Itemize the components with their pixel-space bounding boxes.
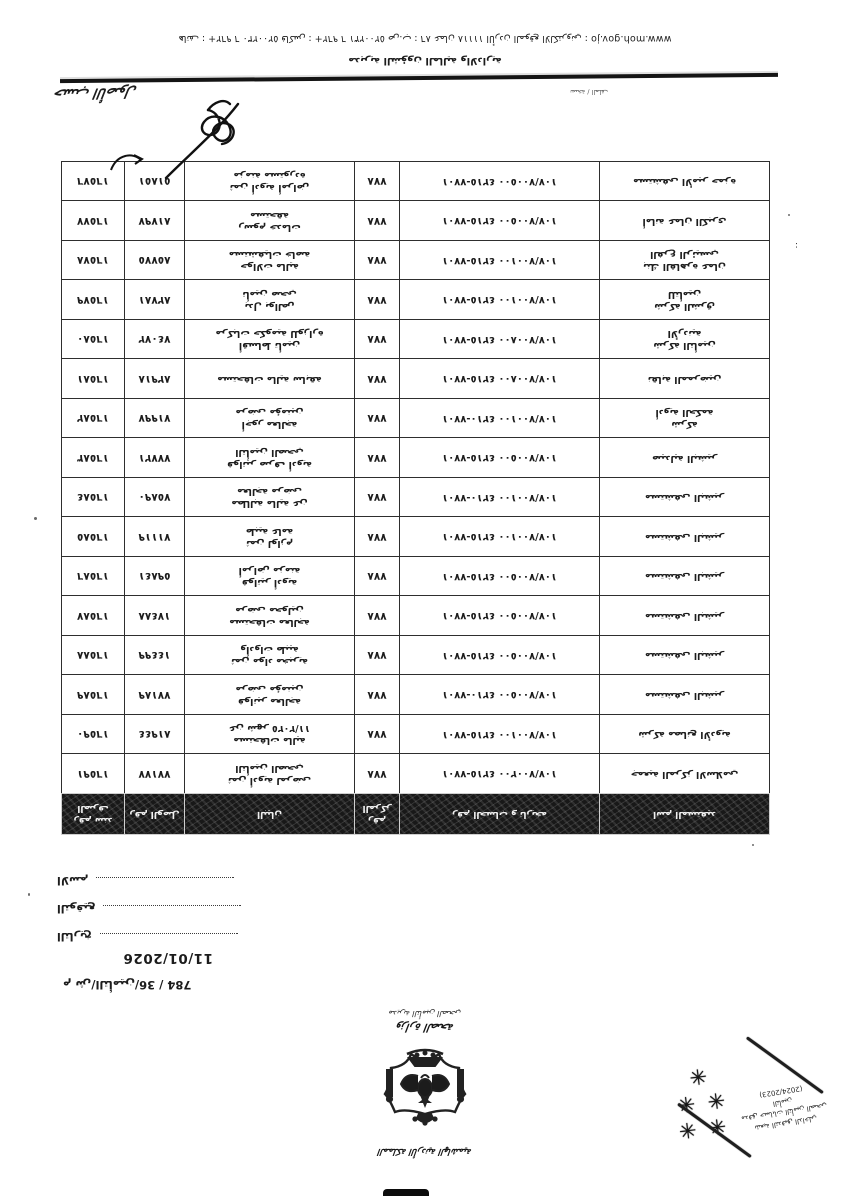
account-cell: ١٠٧/٧٠٠٥٠٠ ٤٢١٥-٧٧٠١ [400,596,600,636]
table-row: ١٦٥٨٣٧٧٧٢١فواتير صرف أدوية التأمين الصحي… [62,438,770,478]
reference-number: م ش/التأمين/36 / 784 [63,978,191,992]
table-row: ١٦٥٨٦٥٩٨٤١فواتير أدوية أمراض مزمنة٧٧٨١٠٧… [62,557,770,597]
column-header: رقم سند الصرف [62,794,125,835]
account-cell: ١٠٧/٧٠٠٥٠٠ ٤٢١٥-٧٧٠١ [400,162,600,202]
table-row: ١٦٥٩١٧٧١٧٧ثمن أدوية لمرضى التأمين الصحي٧… [62,754,770,794]
payee-cell: مستشفى البشير [600,517,770,557]
payee-cell: بنك القاهرة عمان الفرع الرئيسي [600,241,770,281]
receipt-cell: ٧٤٠٧٢ [125,320,185,360]
description-cell: حوالات مالية مستشفيات خاصة [185,241,355,281]
payee-cell: نقابة الممرضين [600,359,770,399]
receipt-cell: ٧٥٨٩٠ [125,478,185,518]
table-header-row: رقم سند الصرفرقم الوصلالبيانرقم المركزرق… [62,794,770,835]
arrow-mark [107,148,147,178]
serial-cell: ١٦٥٨٧ [62,596,125,636]
account-cell: ١٠٧/٧٠٠٥٠٠ ٤٢١٥-٧٧٠١ [400,557,600,597]
receipt-cell: ٨١٧٩٧ [125,201,185,241]
serial-cell: ١٦٥٧٧ [62,201,125,241]
account-cell: ١٠٧/٧٠٠١٠٠ ٤٢١٥-٧٧٠١ [400,517,600,557]
date-value: 11/01/2026 [123,950,213,966]
payee-cell: مستشفى البشير [600,478,770,518]
column-header: رقم الحساب و تاريخه [400,794,600,835]
center-cell: ٧٧٨ [355,201,400,241]
account-cell: ١٠٧/٧٠٠٨٠٠ ٤٢١٥-٧٧٠١ [400,359,600,399]
signature-field: التوقيع [57,902,241,916]
receipt-cell: ٨٢٧٨١ [125,280,185,320]
account-cell: ١٠٧/٧٠٠١٠٠ ٤٢١٥-٧٧٠١ [400,280,600,320]
account-cell: ١٠٧/٧٠٠٢٠٠ ٤٢١٥-٧٧٠١ [400,754,600,794]
table-row: ١٦٥٨١٨٢٩١٨مستحقات مالية سابقة٧٧٨١٠٧/٧٠٠٨… [62,359,770,399]
center-cell: ٧٧٨ [355,241,400,281]
payee-cell: صيدلية البشير [600,438,770,478]
payee-cell: أمانة عمان الكبرى [600,201,770,241]
serial-cell: ١٦٥٨٠ [62,320,125,360]
serial-cell: ١٦٥٨٤ [62,478,125,518]
receipt-cell: ٧٧١٧٧ [125,754,185,794]
description-cell: مستحقات معالجة مرضى محولين [185,596,355,636]
description-cell: مستحقات مالية سابقة [185,359,355,399]
serial-cell: ١٦٥٩١ [62,754,125,794]
description-cell: بدل بوالص تأمين صحي [185,280,355,320]
stamp-star-icon: ✳ [706,1087,726,1113]
serial-cell: ١٦٥٧٨ [62,241,125,281]
account-cell: ١٠٧/٧٠٠٨٠٠ ٤٢١٥-٧٧٠١ [400,320,600,360]
center-cell: ٧٧٨ [355,359,400,399]
table-row: ١٦٥٨٠٧٤٠٧٢أقساط تأمين مركبات حكومية للوز… [62,320,770,360]
receipt-cell: ٨٥٧٧٥ [125,241,185,281]
payee-cell: مستشفى البشير [600,557,770,597]
name-label: الاسم [57,874,88,887]
description-cell: رسوم خدمات مستحقة [185,201,355,241]
serial-cell: ١٦٥٨٩ [62,675,125,715]
footer-contact: هاتف : +٩٦٢ ٦ ٥٢٠٠٢٣٠ فاكس : +٩٦٢ ٦ ٥٢٠٠… [0,33,850,44]
description-cell: ثمن مواد مخبرية وأدوات طبية [185,636,355,676]
copy-distribution-note: نسخة / الملف [570,88,730,96]
account-cell: ١٠٧/٧٠٠١٠٠ ٤٢١٥-٧٧٠١ [400,715,600,755]
table-row: ١٦٥٨٥٧١١١٩ثمن لوازم طبية عامة٧٧٨١٠٧/٧٠٠١… [62,517,770,557]
center-cell: ٧٧٨ [355,478,400,518]
jordan-coat-of-arms-icon [377,1044,473,1126]
stamp-text-block: شعبة التدقيق الداخلي مدقق حسابات التأمين… [726,1078,841,1137]
center-cell: ٧٧٨ [355,438,400,478]
description-cell: أقساط تأمين مركبات حكومية للوزارة [185,320,355,360]
column-header: رقم الوصل [125,794,185,835]
table-row: ١٦٥٧٨٨٥٧٧٥حوالات مالية مستشفيات خاصة٧٧٨١… [62,241,770,281]
account-cell: ١٠٧/٧٠٠١٠٠ ٤٢١٠-٧٧٠١ [400,399,600,439]
footer-divider-rule [60,73,778,83]
center-cell: ٧٧٨ [355,754,400,794]
receipt-cell: ٨٢٩١٨ [125,359,185,399]
stamp-star-icon: ✳ [688,1063,708,1089]
payee-cell: مستشفى البشير [600,596,770,636]
account-cell: ١٠٧/٧٠٠٥٠٠ ٤٢١٥-٧٧٠١ [400,201,600,241]
receipt-cell: ٧٧١٨٩ [125,675,185,715]
center-cell: ٧٧٨ [355,675,400,715]
directorate-title: مديرية التأمين الصحي [0,1009,850,1018]
description-cell: فواتير معالجة مرضى مؤمنين [185,675,355,715]
payee-cell: شركة التأمين الأردنية [600,320,770,360]
date-dotted-line [100,933,238,944]
serial-cell: ١٦٥٨٢ [62,399,125,439]
footer-department: مديرية الشؤون المالية والادارية [0,55,850,66]
document-sheet-rotated-180: المملكة الأردنية الهاشمية [0,0,850,1196]
column-header: رقم المركز [355,794,400,835]
table-row: ١٦٥٨٩٧٧١٨٩فواتير معالجة مرضى مؤمنين٧٧٨١٠… [62,675,770,715]
payee-cell: مستشفى البشير [600,675,770,715]
scan-speck [752,844,754,846]
serial-cell: ١٦٥٧٩ [62,280,125,320]
center-cell: ٧٧٨ [355,636,400,676]
center-cell: ٧٧٨ [355,320,400,360]
payee-cell: مستشفى الأمير حمزة [600,162,770,202]
payee-cell: شركة الشرق للتأمين [600,280,770,320]
serial-cell: ١٦٥٨٥ [62,517,125,557]
scan-speck [34,517,37,520]
column-header: اسم المستفيد [600,794,770,835]
date-field: التاريخ [57,930,238,944]
scan-speck [788,214,790,216]
stamp-star-icon: ✳ [677,1117,697,1143]
payee-cell: جمعية المركز الاسلامي [600,754,770,794]
signature-scribble [160,92,252,182]
serial-cell: ١٦٥٨١ [62,359,125,399]
payee-cell: مستشفى البشير [600,636,770,676]
receipt-cell: ١٧٤٨٨ [125,596,185,636]
serial-cell: ١٦٥٨٦ [62,557,125,597]
table-row: ١٦٥٧٩٨٢٧٨١بدل بوالص تأمين صحي٧٧٨١٠٧/٧٠٠١… [62,280,770,320]
description-cell: فواتير أدوية أمراض مزمنة [185,557,355,597]
scan-mark: : [795,240,798,250]
center-cell: ٧٧٨ [355,557,400,597]
account-cell: ١٠٧/٧٠٠١٠٠ ٤٢١٠-٧٧٠١ [400,478,600,518]
account-cell: ١٠٧/٧٠٠٥٠٠ ٤٢١٥-٧٧٠١ [400,636,600,676]
description-cell: ثمن أدوية لمرضى التأمين الصحي [185,754,355,794]
table-row: ١٦٥٨٢٧١٩٩٧أجور معالجة مرضى مؤمنين٧٧٨١٠٧/… [62,399,770,439]
receipt-cell: ٨١٩٤٤ [125,715,185,755]
center-cell: ٧٧٨ [355,715,400,755]
receipt-cell: ٧١٩٩٧ [125,399,185,439]
serial-cell: ١٦٥٨٣ [62,438,125,478]
account-cell: ١٠٧/٧٠٠١٠٠ ٤٢١٥-٧٧٠١ [400,241,600,281]
name-dotted-line [96,877,234,888]
table-row: ١٦٥٧٧٨١٧٩٧رسوم خدمات مستحقة٧٧٨١٠٧/٧٠٠٥٠٠… [62,201,770,241]
table-row: ١٦٥٨٤٧٥٨٩٠مطالبة مالية عن معالجة مرضى٧٧٨… [62,478,770,518]
payee-cell: شركة أدوية الحكمة [600,399,770,439]
receipts-table-body: ١٦٥٩١٧٧١٧٧ثمن أدوية لمرضى التأمين الصحي٧… [62,162,770,794]
receipt-cell: ٥٩٨٤١ [125,557,185,597]
table-row: ١٦٥٨٧١٧٤٨٨مستحقات معالجة مرضى محولين٧٧٨١… [62,596,770,636]
scan-edge-smudge [383,1189,429,1196]
column-header: البيان [185,794,355,835]
table-row: ١٦٥٨٨١٤٤٩٩ثمن مواد مخبرية وأدوات طبية٧٧٨… [62,636,770,676]
description-cell: أجور معالجة مرضى مؤمنين [185,399,355,439]
description-cell: ثمن لوازم طبية عامة [185,517,355,557]
description-cell: مطالبة مالية عن معالجة مرضى [185,478,355,518]
center-cell: ٧٧٨ [355,596,400,636]
signature-dotted-line [103,905,241,916]
receipt-cell: ٧١١١٩ [125,517,185,557]
description-cell: مستحقات مالية عن شهر ١١/٢٠٢٥ [185,715,355,755]
date-label: التاريخ [57,930,92,943]
description-cell: فواتير صرف أدوية التأمين الصحي [185,438,355,478]
receipt-cell: ٧٧٧٢١ [125,438,185,478]
scanned-page: المملكة الأردنية الهاشمية [0,0,850,1196]
center-cell: ٧٧٨ [355,517,400,557]
account-cell: ١٠٧/٧٠٠٥٠٠ ٤٢١٥-٧٧٠١ [400,438,600,478]
payee-cell: شركة مصانع الأدوية [600,715,770,755]
receipt-cell: ١٤٤٩٩ [125,636,185,676]
serial-cell: ١٦٥٩٠ [62,715,125,755]
serial-cell: ١٦٥٨٨ [62,636,125,676]
center-cell: ٧٧٨ [355,399,400,439]
table-row: ١٦٥٩٠٨١٩٤٤مستحقات مالية عن شهر ١١/٢٠٢٥٧٧… [62,715,770,755]
name-field: الاسم [57,874,234,888]
signature-label: التوقيع [57,902,96,915]
center-cell: ٧٧٨ [355,162,400,202]
vouchers-table: رقم سند الصرفرقم الوصلالبيانرقم المركزرق… [61,161,770,835]
scan-speck [28,893,30,896]
account-cell: ١٠٧/٧٠٠٥٠٠ ٤٢١٠-٧٧٠١ [400,675,600,715]
center-cell: ٧٧٨ [355,280,400,320]
